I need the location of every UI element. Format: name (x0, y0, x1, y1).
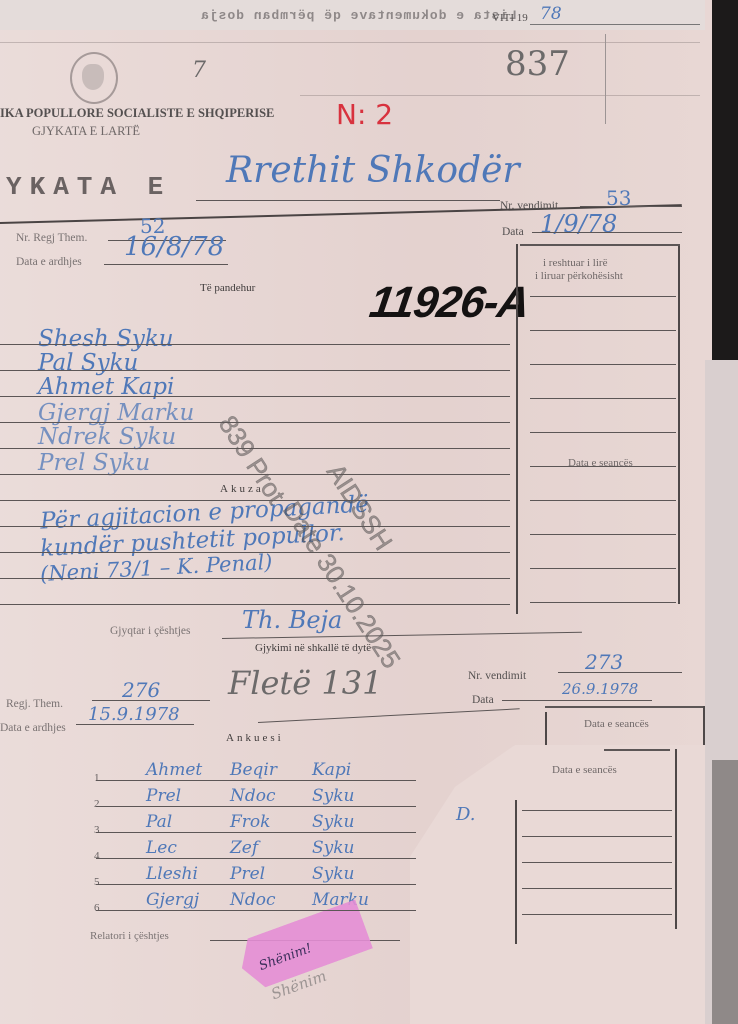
binder-edge (712, 760, 738, 1024)
appeal-arrival-value: 15.9.1978 (88, 704, 180, 725)
ruled-line (0, 552, 510, 553)
appellant-last-name: Kapi (312, 760, 351, 780)
ruled-line (530, 432, 676, 433)
ruled-line (530, 500, 676, 501)
arrival-date-label: Data e ardhjes (16, 256, 82, 268)
appellant-last-name: Syku (312, 864, 355, 884)
appellant-first-name: Gjergj (146, 890, 199, 910)
ruled-line (96, 806, 416, 807)
ruled-line (530, 534, 676, 535)
mirrored-header-showthrough: Lista e dokumentave që përmban dosja (200, 8, 517, 23)
defendants-heading: Të pandehur (200, 282, 255, 294)
appellant-row-number: 1 (94, 772, 100, 784)
ruled-line (530, 466, 676, 467)
appeal-decision-date-value: 26.9.1978 (562, 680, 638, 698)
ruled-line (522, 888, 672, 889)
appeal-decision-date-label: Data (472, 694, 494, 706)
appellant-first-name: Prel (146, 786, 181, 806)
red-file-number: N: 2 (336, 98, 393, 131)
ruled-line (530, 364, 676, 365)
session-date-label: Data e seancës (568, 457, 633, 469)
torn-paper-flap (410, 745, 710, 1024)
defendant-name: Ndrek Syku (38, 424, 176, 450)
appellant-row-number: 4 (94, 850, 100, 862)
ruled-line (96, 832, 416, 833)
ruled-line (522, 914, 672, 915)
reg-them-label: Nr. Regj Them. (16, 232, 87, 244)
appeal-session-date-label: Data e seancës (584, 718, 649, 730)
state-emblem-icon (70, 52, 118, 104)
ruled-line (0, 448, 510, 449)
ruled-line (530, 398, 676, 399)
appellant-father-name: Zef (230, 838, 258, 858)
ruled-line (522, 862, 672, 863)
appellant-first-name: Lec (146, 838, 177, 858)
defendant-name: Pal Syku (38, 350, 138, 376)
appeal-reg-them-value: 276 (122, 678, 160, 702)
ruled-line (96, 858, 416, 859)
appellant-father-name: Beqir (230, 760, 277, 780)
ruled-line (530, 296, 676, 297)
appellants-heading: Ankuesi (226, 732, 284, 744)
judge-value: Th. Beja (242, 606, 342, 634)
arrival-date-value: 16/8/78 (124, 232, 224, 262)
ruled-line (0, 604, 510, 605)
republic-heading: IKA POPULLORE SOCIALISTE E SHQIPERISE (0, 106, 274, 121)
court-title: YKATA E (6, 172, 171, 202)
viti-value: 78 (540, 4, 562, 24)
archive-stamp-number: 11926-A (366, 278, 532, 328)
ruled-line (0, 474, 510, 475)
ruled-line (530, 568, 676, 569)
margin-mark: D. (456, 804, 476, 825)
appellant-father-name: Ndoc (230, 890, 276, 910)
decision-date-value: 1/9/78 (540, 210, 617, 238)
flap-session-date-label: Data e seancës (552, 764, 617, 776)
appeal-reg-them-label: Regj. Them. (6, 698, 63, 710)
pencil-folio-number: 837 (505, 44, 570, 84)
appellant-last-name: Syku (312, 786, 355, 806)
appellant-row-number: 5 (94, 876, 100, 888)
appellant-last-name: Syku (312, 838, 355, 858)
court-title-handwritten: Rrethit Shkodër (226, 150, 520, 191)
appellant-father-name: Ndoc (230, 786, 276, 806)
ruled-line (530, 602, 676, 603)
status-box-line1: i reshtuar i lirë (543, 257, 607, 269)
second-instance-heading: Gjykimi në shkallë të dytë (255, 642, 371, 654)
appellant-first-name: Pal (146, 812, 172, 832)
appellant-last-name: Syku (312, 812, 355, 832)
ruled-line (96, 910, 416, 911)
ruled-line (522, 810, 672, 811)
court-heading: GJYKATA E LARTË (32, 124, 140, 139)
status-box-line2: i liruar përkohësisht (535, 270, 623, 282)
decision-date-label: Data (502, 226, 524, 238)
defendant-name: Prel Syku (38, 450, 150, 476)
appellant-father-name: Frok (230, 812, 270, 832)
ruled-line (0, 422, 510, 423)
appellant-row-number: 3 (94, 824, 100, 836)
appellant-row-number: 6 (94, 902, 100, 914)
pencil-mark: 7 (192, 58, 206, 83)
defendant-name: Shesh Syku (38, 326, 174, 352)
appeal-decision-number-value: 273 (585, 650, 623, 674)
ruled-line (0, 344, 510, 345)
rapporteur-label: Relatori i çështjes (90, 930, 169, 942)
judge-label: Gjyqtar i çështjes (110, 625, 190, 637)
appellant-father-name: Prel (230, 864, 265, 884)
ruled-line (96, 884, 416, 885)
viti-label: VITI 19 (492, 12, 528, 24)
ruled-line (522, 836, 672, 837)
ruled-line (96, 780, 416, 781)
ruled-line (0, 500, 510, 501)
ruled-line (0, 526, 510, 527)
appellant-first-name: Lleshi (146, 864, 198, 884)
ruled-line (0, 396, 510, 397)
ruled-line (530, 330, 676, 331)
court-register-card: Lista e dokumentave që përmban dosja VIT… (0, 0, 712, 1024)
folio-note: Fletë 131 (228, 664, 382, 702)
appeal-arrival-label: Data e ardhjes (0, 722, 66, 734)
ruled-line (0, 578, 510, 579)
appellant-first-name: Ahmet (146, 760, 202, 780)
appellant-row-number: 2 (94, 798, 100, 810)
appeal-decision-number-label: Nr. vendimit (468, 670, 526, 682)
ruled-line (0, 370, 510, 371)
